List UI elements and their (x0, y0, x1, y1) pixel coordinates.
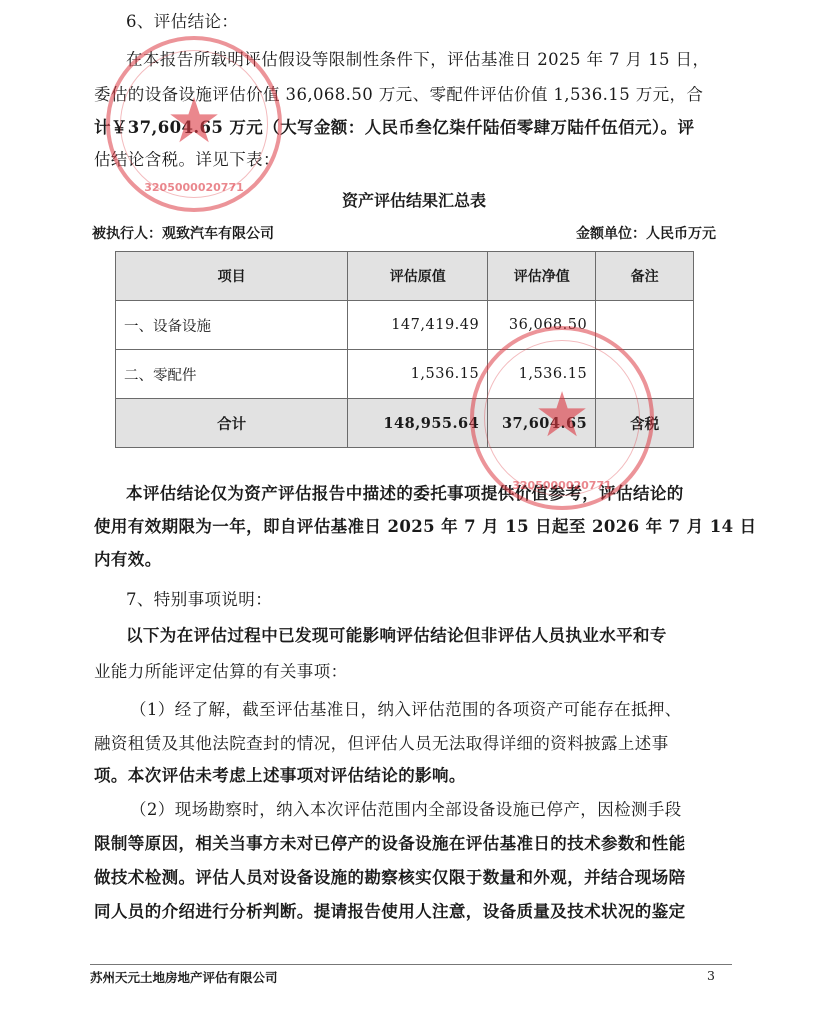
row-item: 一、设备设施 (116, 301, 348, 350)
header-net-value: 评估净值 (488, 252, 596, 301)
section-6-paragraph-line: 在本报告所载明评估假设等限制性条件下，评估基准日 2025 年 7 月 15 日… (126, 50, 734, 70)
item-2-line: 做技术检测。评估人员对设备设施的勘察核实仅限于数量和外观，并结合现场陪 (94, 868, 734, 888)
page-number: 3 (707, 968, 715, 983)
asset-valuation-summary-table: 项目 评估原值 评估净值 备注 一、设备设施 147,419.49 36,068… (115, 251, 694, 448)
row-original-value: 147,419.49 (348, 301, 488, 350)
section-6-paragraph-line: 计￥37,604.65 万元（大写金额：人民币叁亿柒仟陆佰零肆万陆仟伍佰元）。评 (94, 118, 734, 138)
header-note: 备注 (596, 252, 694, 301)
footer-company-name: 苏州天元土地房地产评估有限公司 (90, 968, 278, 986)
row-net-value: 36,068.50 (488, 301, 596, 350)
table-row: 一、设备设施 147,419.49 36,068.50 (116, 301, 694, 350)
row-note (596, 350, 694, 399)
section-6-heading: 6、评估结论： (126, 12, 734, 32)
executed-party-label: 被执行人：观致汽车有限公司 (92, 223, 274, 243)
total-label: 合计 (116, 399, 348, 448)
row-net-value: 1,536.15 (488, 350, 596, 399)
currency-unit-label: 金额单位：人民币万元 (576, 223, 716, 243)
item-1-line: 融资租赁及其他法院查封的情况，但评估人员无法取得详细的资料披露上述事 (94, 734, 734, 754)
validity-line: 使用有效期限为一年，即自评估基准日 2025 年 7 月 15 日起至 2026… (94, 517, 734, 537)
row-original-value: 1,536.15 (348, 350, 488, 399)
section-7-intro-line: 以下为在评估过程中已发现可能影响评估结论但非评估人员执业水平和专 (126, 626, 734, 646)
header-original-value: 评估原值 (348, 252, 488, 301)
row-note (596, 301, 694, 350)
table-header-row: 项目 评估原值 评估净值 备注 (116, 252, 694, 301)
item-1-line: （1）经了解，截至评估基准日，纳入评估范围的各项资产可能存在抵押、 (130, 700, 738, 720)
total-net-value: 37,604.65 (488, 399, 596, 448)
section-7-heading: 7、特别事项说明： (126, 590, 734, 610)
item-1-line: 项。本次评估未考虑上述事项对评估结论的影响。 (94, 766, 734, 786)
item-2-line: 限制等原因，相关当事方未对已停产的设备设施在评估基准日的技术参数和性能 (94, 834, 734, 854)
validity-line: 本评估结论仅为资产评估报告中描述的委托事项提供价值参考，评估结论的 (126, 484, 734, 504)
section-6-paragraph-line: 委估的设备设施评估价值 36,068.50 万元、零配件评估价值 1,536.1… (94, 85, 734, 105)
header-item: 项目 (116, 252, 348, 301)
section-7-intro-line: 业能力所能评定估算的有关事项： (94, 662, 734, 682)
item-2-line: （2）现场勘察时，纳入本次评估范围内全部设备设施已停产，因检测手段 (130, 800, 738, 820)
row-item: 二、零配件 (116, 350, 348, 399)
item-2-line: 同人员的介绍进行分析判断。提请报告使用人注意，设备质量及技术状况的鉴定 (94, 902, 734, 922)
validity-line: 内有效。 (94, 550, 734, 570)
total-original-value: 148,955.64 (348, 399, 488, 448)
footer-divider (90, 964, 732, 965)
section-6-paragraph-line: 估结论含税。详见下表： (94, 150, 734, 170)
total-note: 含税 (596, 399, 694, 448)
table-title: 资产评估结果汇总表 (0, 188, 828, 211)
table-row: 二、零配件 1,536.15 1,536.15 (116, 350, 694, 399)
table-total-row: 合计 148,955.64 37,604.65 含税 (116, 399, 694, 448)
